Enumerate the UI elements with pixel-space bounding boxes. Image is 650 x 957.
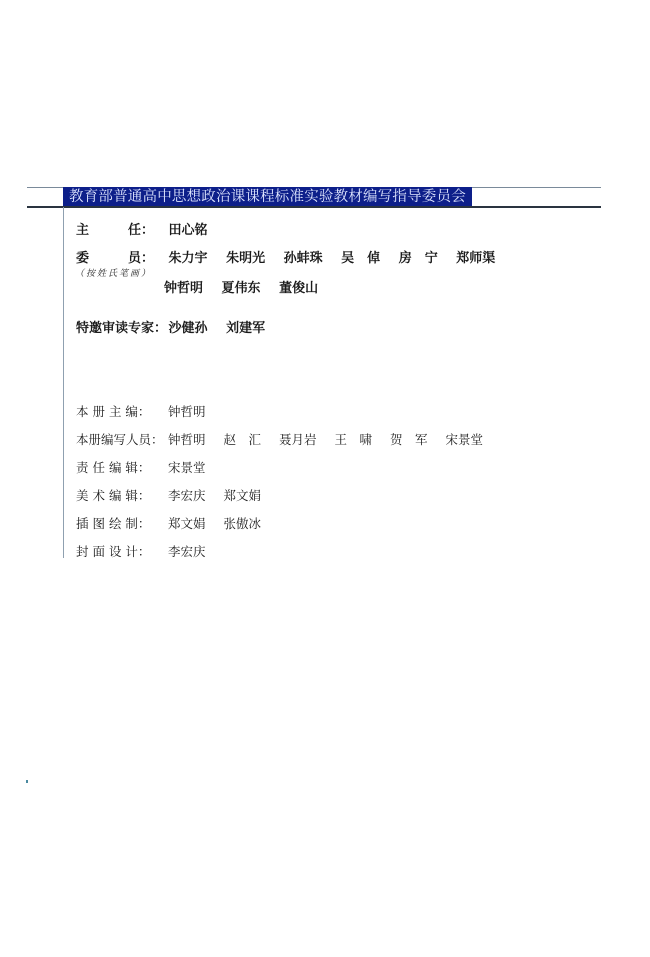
members-names-line1: 朱力宇 朱明光 孙蚌珠 吴 倬 房 宁 郑师渠 xyxy=(169,251,510,266)
name: 夏伟东 xyxy=(222,277,261,296)
credit-label: 本册编写人员： xyxy=(76,430,164,448)
credit-row-chief-editor: 本 册 主 编： 钟哲明 xyxy=(76,402,220,420)
credit-names: 钟哲明 赵 汇 聂月岩 王 啸 贺 军 宋景堂 xyxy=(168,432,497,447)
credit-label: 美 术 编 辑： xyxy=(76,486,164,504)
members-names-line2: 钟哲明 夏伟东 董俊山 xyxy=(164,281,332,296)
name: 董俊山 xyxy=(279,277,318,296)
name: 房 宁 xyxy=(399,247,438,266)
director-label: 主 任： xyxy=(76,219,164,238)
members-order-note: （按姓氏笔画） xyxy=(75,266,152,279)
committee-title: 教育部普通高中思想政治课课程标准实验教材编写指导委员会 xyxy=(69,189,466,205)
credit-row-illustration: 插 图 绘 制： 郑文娟 张傲冰 xyxy=(76,514,275,532)
director-row: 主 任： 田心铭 xyxy=(76,219,222,238)
name: 张傲冰 xyxy=(223,514,261,532)
name: 钟哲明 xyxy=(168,402,206,420)
left-margin-rule xyxy=(63,207,64,558)
credit-label: 插 图 绘 制： xyxy=(76,514,164,532)
members-label: 委 员： xyxy=(76,247,164,266)
director-names: 田心铭 xyxy=(169,223,222,238)
credit-row-cover-design: 封 面 设 计： 李宏庆 xyxy=(76,542,220,560)
name: 王 啸 xyxy=(334,430,372,448)
name: 钟哲明 xyxy=(168,430,206,448)
credit-label: 责 任 编 辑： xyxy=(76,458,164,476)
experts-label: 特邀审读专家： xyxy=(76,317,164,336)
name: 宋景堂 xyxy=(445,430,483,448)
name: 李宏庆 xyxy=(168,486,206,504)
name: 李宏庆 xyxy=(168,542,206,560)
scan-speck xyxy=(26,780,28,783)
credit-names: 李宏庆 xyxy=(168,544,220,559)
name: 赵 汇 xyxy=(223,430,261,448)
credit-label: 本 册 主 编： xyxy=(76,402,164,420)
name: 吴 倬 xyxy=(341,247,380,266)
name: 聂月岩 xyxy=(279,430,317,448)
experts-names: 沙健孙 刘建军 xyxy=(169,321,280,336)
credit-names: 李宏庆 郑文娟 xyxy=(168,488,275,503)
name: 贺 军 xyxy=(390,430,428,448)
credit-names: 郑文娟 张傲冰 xyxy=(168,516,275,531)
name: 宋景堂 xyxy=(168,458,206,476)
name: 郑文娟 xyxy=(168,514,206,532)
credit-label: 封 面 设 计： xyxy=(76,542,164,560)
name: 沙健孙 xyxy=(169,317,208,336)
name: 田心铭 xyxy=(169,219,208,238)
name: 朱明光 xyxy=(226,247,265,266)
members-row-2: 钟哲明 夏伟东 董俊山 xyxy=(164,277,332,296)
members-row: 委 员： 朱力宇 朱明光 孙蚌珠 吴 倬 房 宁 郑师渠 xyxy=(76,247,509,266)
credit-row-responsible-editor: 责 任 编 辑： 宋景堂 xyxy=(76,458,220,476)
name: 郑文娟 xyxy=(223,486,261,504)
credit-row-writers: 本册编写人员： 钟哲明 赵 汇 聂月岩 王 啸 贺 军 宋景堂 xyxy=(76,430,497,448)
committee-title-band: 教育部普通高中思想政治课课程标准实验教材编写指导委员会 xyxy=(63,187,472,207)
name: 朱力宇 xyxy=(169,247,208,266)
name: 孙蚌珠 xyxy=(284,247,323,266)
credit-names: 宋景堂 xyxy=(168,460,220,475)
name: 钟哲明 xyxy=(164,277,203,296)
credit-row-art-editor: 美 术 编 辑： 李宏庆 郑文娟 xyxy=(76,486,275,504)
name: 刘建军 xyxy=(226,317,265,336)
experts-row: 特邀审读专家： 沙健孙 刘建军 xyxy=(76,317,279,336)
name: 郑师渠 xyxy=(456,247,495,266)
credit-names: 钟哲明 xyxy=(168,404,220,419)
header-bottom-rule xyxy=(27,206,601,208)
